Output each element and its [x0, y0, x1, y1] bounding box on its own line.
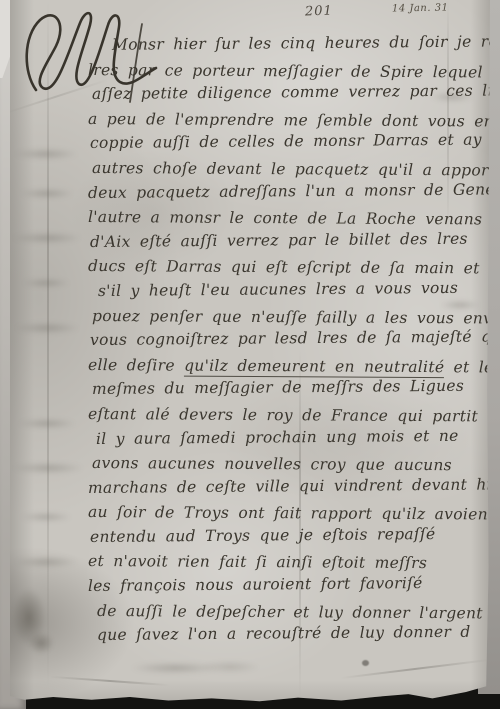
manuscript-line: marchans de ceſte ville qui vindrent dev… — [88, 472, 488, 500]
bleedthrough-mark — [14, 322, 80, 334]
manuscript-line: que ſavez l'on a recouſtré de luy donner… — [97, 620, 488, 648]
bleedthrough-mark — [20, 188, 74, 199]
bleedthrough-mark — [12, 232, 82, 244]
manuscript-line: aſſez petite diligence comme verrez par … — [92, 79, 488, 107]
date-annotation: 14 Jan. 31 — [392, 3, 449, 15]
bleedthrough-mark — [22, 278, 70, 288]
line-segment: elle deſire — [88, 356, 184, 375]
manuscript-line: coppie auſſi de celles de monsr Darras e… — [90, 128, 488, 156]
manuscript-line: vous cognoiſtrez par lesd lres de ſa maj… — [90, 325, 488, 353]
manuscript-line: deux pacquetz adreſſans l'un a monsr de … — [88, 177, 488, 205]
manuscript-line: d'Aix eſté auſſi verrez par le billet de… — [90, 226, 488, 254]
faded-smudge — [200, 660, 260, 674]
manuscript-line: il y aura ſamedi prochain ung mois et ne — [96, 423, 488, 451]
manuscript-line: les françois nous auroient fort favoriſé — [88, 571, 488, 599]
manuscript-line: meſmes du meſſagier de meſſrs des Ligues — [92, 374, 488, 402]
ink-dot — [362, 660, 369, 666]
ink-smudge — [28, 632, 54, 654]
manuscript-line: s'il y heuſt l'eu aucunes lres a vous vo… — [98, 276, 488, 304]
letter-body: Monsr hier ſur les cinq heures du ſoir j… — [88, 33, 488, 648]
bleedthrough-mark — [20, 512, 72, 522]
diagonal-crease — [50, 676, 170, 686]
bleedthrough-mark — [12, 462, 84, 474]
bleedthrough-mark — [14, 556, 78, 568]
manuscript-line: entendu aud Troys que je eſtois repaſſé — [90, 521, 488, 549]
manuscript-page: 201 14 Jan. 31 Monsr hier ſur les cinq h… — [10, 0, 490, 709]
manuscript-line: Monsr hier ſur les cinq heures du ſoir j… — [90, 30, 488, 58]
bleedthrough-mark — [18, 418, 76, 429]
folio-number: 201 — [305, 4, 333, 20]
manuscript-scan: 201 14 Jan. 31 Monsr hier ſur les cinq h… — [0, 0, 500, 709]
bleedthrough-mark — [14, 148, 78, 160]
